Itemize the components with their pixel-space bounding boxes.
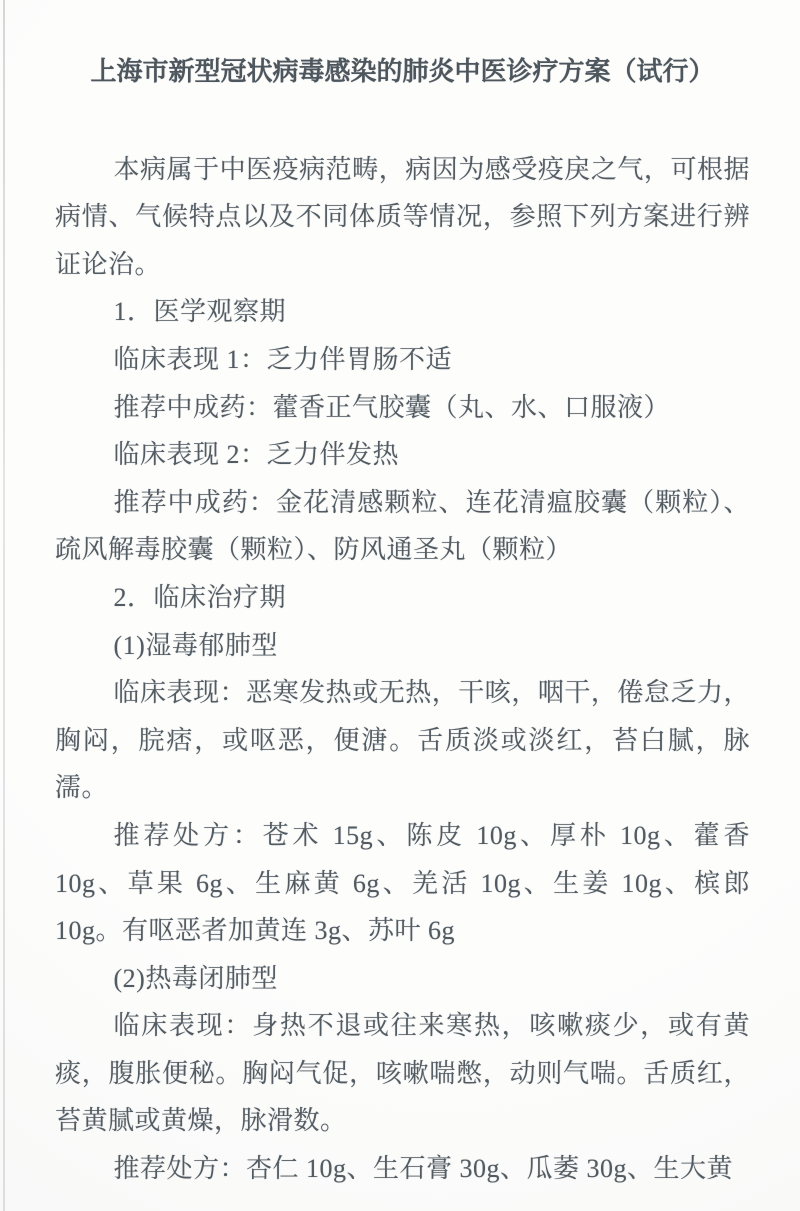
paragraph: 推荐处方：杏仁 10g、生石膏 30g、瓜萎 30g、生大黄 — [55, 1145, 750, 1193]
paragraph: 临床表现 2：乏力伴发热 — [55, 431, 750, 479]
document-body: 本病属于中医疫病范畴，病因为感受疫戾之气，可根据病情、气候特点以及不同体质等情况… — [55, 146, 750, 1193]
paragraph: 临床表现：身热不退或往来寒热，咳嗽痰少，或有黄痰，腹胀便秘。胸闷气促，咳嗽喘憋，… — [55, 1002, 750, 1145]
document-photo: 上海市新型冠状病毒感染的肺炎中医诊疗方案（试行） 本病属于中医疫病范畴，病因为感… — [0, 0, 800, 1211]
paragraph: 临床表现 1：乏力伴胃肠不适 — [55, 336, 750, 384]
document-title: 上海市新型冠状病毒感染的肺炎中医诊疗方案（试行） — [55, 48, 750, 96]
paragraph: (2)热毒闭肺型 — [55, 955, 750, 1003]
paragraph: 本病属于中医疫病范畴，病因为感受疫戾之气，可根据病情、气候特点以及不同体质等情况… — [55, 146, 750, 289]
paragraph: 推荐处方：苍术 15g、陈皮 10g、厚朴 10g、藿香 10g、草果 6g、生… — [55, 812, 750, 955]
paragraph: 临床表现：恶寒发热或无热，干咳，咽干，倦怠乏力，胸闷，脘痞，或呕恶，便溏。舌质淡… — [55, 669, 750, 812]
paragraph: 推荐中成药：藿香正气胶囊（丸、水、口服液） — [55, 384, 750, 432]
paragraph: 2．临床治疗期 — [55, 574, 750, 622]
paragraph: (1)湿毒郁肺型 — [55, 622, 750, 670]
paragraph: 推荐中成药：金花清感颗粒、连花清瘟胶囊（颗粒）、疏风解毒胶囊（颗粒）、防风通圣丸… — [55, 479, 750, 574]
paragraph: 1．医学观察期 — [55, 288, 750, 336]
document-page: 上海市新型冠状病毒感染的肺炎中医诊疗方案（试行） 本病属于中医疫病范畴，病因为感… — [55, 48, 750, 1193]
photo-left-edge — [3, 0, 5, 1211]
